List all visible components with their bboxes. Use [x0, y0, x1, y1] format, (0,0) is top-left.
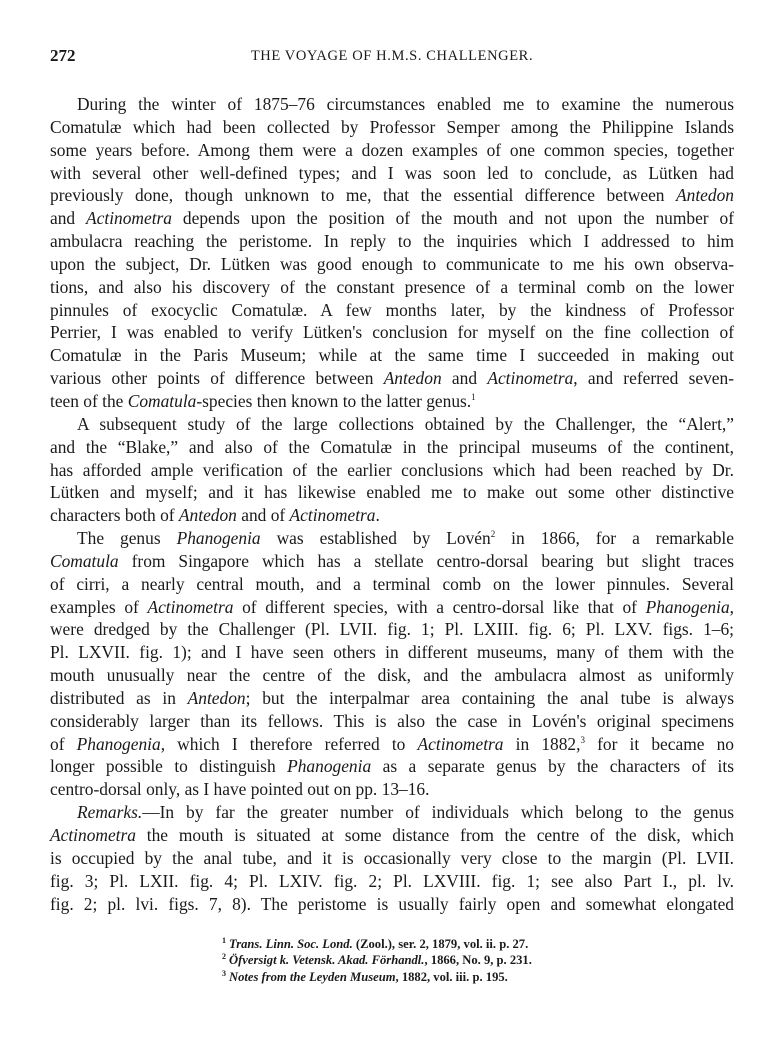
footnote-2: 2Öfversigt k. Vetensk. Akad. Förhandl., …: [0, 952, 776, 968]
text-line: considerably larger than its fellows. Th…: [50, 710, 734, 733]
text-run: longer possible to distinguish: [50, 756, 287, 776]
footnote-ref: 1: [471, 392, 476, 402]
footnotes: 1Trans. Linn. Soc. Lond. (Zool.), ser. 2…: [0, 936, 776, 985]
text-line: Comatulæ in the Paris Museum; while at t…: [50, 344, 734, 367]
text-run: upon the subject, Dr. Lütken was good en…: [50, 254, 734, 274]
text-run: , which I therefore referred to: [161, 734, 418, 754]
text-run: has afforded ample verification of the e…: [50, 460, 734, 480]
text-line: upon the subject, Dr. Lütken was good en…: [50, 253, 734, 276]
text-run: is occupied by the anal tube, and it is …: [50, 848, 734, 868]
text-run: , and referred seven-: [573, 368, 734, 388]
italic-text: Antedon: [384, 368, 442, 388]
text-run: as a separate genus by the characters of…: [371, 756, 734, 776]
text-run: depends upon the position of the mouth a…: [172, 208, 734, 228]
text-run: examples of: [50, 597, 147, 617]
text-line: ambulacra reaching the peristome. In rep…: [50, 230, 734, 253]
italic-text: Antedon: [188, 688, 246, 708]
text-line: previously done, though unknown to me, t…: [50, 184, 734, 207]
text-line: Pl. LXVII. fig. 1); and I have seen othe…: [50, 641, 734, 664]
italic-text: Actinometra: [86, 208, 172, 228]
text-line: Remarks.—In by far the greater number of…: [50, 801, 734, 824]
text-run: The genus: [77, 528, 177, 548]
text-run: .: [376, 505, 380, 525]
text-run: previously done, though unknown to me, t…: [50, 185, 676, 205]
text-run: Comatulæ which had been collected by Pro…: [50, 117, 734, 137]
italic-text: Comatula: [50, 551, 119, 571]
text-run: -species then known to the latter genus.: [196, 391, 471, 411]
text-run: from Singapore which has a stellate cent…: [119, 551, 734, 571]
text-run: fig. 2; pl. lvi. figs. 7, 8). The perist…: [50, 894, 734, 914]
text-line: A subsequent study of the large collecti…: [50, 413, 734, 436]
text-run: Lütken and myself; and it has likewise e…: [50, 482, 734, 502]
text-run: with several other well-defined types; a…: [50, 163, 734, 183]
text-run: and: [442, 368, 488, 388]
text-run: were dredged by the Challenger (Pl. LVII…: [50, 619, 734, 639]
text-line: fig. 2; pl. lvi. figs. 7, 8). The perist…: [50, 893, 734, 916]
text-line: and Actinometra depends upon the positio…: [50, 207, 734, 230]
text-run: and the “Blake,” and also of the Comatul…: [50, 437, 734, 457]
text-line: has afforded ample verification of the e…: [50, 459, 734, 482]
footnote-3: 3Notes from the Leyden Museum, 1882, vol…: [0, 969, 776, 985]
text-run: was established by Lovén: [261, 528, 491, 548]
text-run: various other points of difference betwe…: [50, 368, 384, 388]
text-line: of cirri, a nearly central mouth, and a …: [50, 573, 734, 596]
text-run: , 1866, No. 9, p. 231.: [424, 953, 531, 967]
italic-text: Notes from the Leyden Museum: [229, 970, 396, 984]
text-line: distributed as in Antedon; but the inter…: [50, 687, 734, 710]
text-run: (Zool.), ser. 2, 1879, vol. ii. p. 27.: [353, 937, 529, 951]
text-line: Actinometra the mouth is situated at som…: [50, 824, 734, 847]
text-run: of cirri, a nearly central mouth, and a …: [50, 574, 734, 594]
footnote-1: 1Trans. Linn. Soc. Lond. (Zool.), ser. 2…: [0, 936, 776, 952]
text-run: ; but the interpalmar area containing th…: [246, 688, 734, 708]
paragraph-p1: During the winter of 1875–76 circumstanc…: [50, 93, 734, 413]
italic-text: Phanogenia: [177, 528, 261, 548]
footnote-number: 1: [222, 936, 226, 945]
text-line: Comatulæ which had been collected by Pro…: [50, 116, 734, 139]
text-run: of different species, with a centro-dors…: [233, 597, 645, 617]
text-run: and of: [237, 505, 290, 525]
text-line: centro-dorsal only, as I have pointed ou…: [50, 778, 734, 801]
text-line: characters both of Antedon and of Actino…: [50, 504, 734, 527]
text-run: distributed as in: [50, 688, 188, 708]
text-line: and the “Blake,” and also of the Comatul…: [50, 436, 734, 459]
paragraph-p2: A subsequent study of the large collecti…: [50, 413, 734, 527]
text-run: some years before. Among them were a doz…: [50, 140, 734, 160]
text-run: Pl. LXVII. fig. 1); and I have seen othe…: [50, 642, 734, 662]
text-line: Perrier, I was enabled to verify Lütken'…: [50, 321, 734, 344]
text-run: —In by far the greater number of individ…: [142, 802, 734, 822]
text-run: ,: [730, 597, 734, 617]
text-line: teen of the Comatula-species then known …: [50, 390, 734, 413]
text-line: some years before. Among them were a doz…: [50, 139, 734, 162]
text-line: various other points of difference betwe…: [50, 367, 734, 390]
text-run: , 1882, vol. iii. p. 195.: [396, 970, 508, 984]
text-line: tions, and also his discovery of the con…: [50, 276, 734, 299]
footnote-number: 3: [222, 969, 226, 978]
text-run: characters both of: [50, 505, 179, 525]
text-run: During the winter of 1875–76 circumstanc…: [77, 94, 734, 114]
text-line: examples of Actinometra of different spe…: [50, 596, 734, 619]
text-line: longer possible to distinguish Phanogeni…: [50, 755, 734, 778]
text-run: of: [50, 734, 77, 754]
italic-text: Phanogenia: [77, 734, 161, 754]
text-run: considerably larger than its fellows. Th…: [50, 711, 734, 731]
text-run: centro-dorsal only, as I have pointed ou…: [50, 779, 429, 799]
italic-text: Actinometra: [147, 597, 233, 617]
body-text: During the winter of 1875–76 circumstanc…: [50, 93, 734, 915]
text-run: in 1866, for a remarkable: [495, 528, 734, 548]
italic-text: Phanogenia: [287, 756, 371, 776]
text-line: with several other well-defined types; a…: [50, 162, 734, 185]
italic-text: Phanogenia: [646, 597, 730, 617]
text-line: is occupied by the anal tube, and it is …: [50, 847, 734, 870]
text-run: for it became no: [585, 734, 734, 754]
italic-text: Actinometra: [50, 825, 136, 845]
running-title: THE VOYAGE OF H.M.S. CHALLENGER.: [50, 48, 734, 65]
italic-text: Actinometra: [290, 505, 376, 525]
text-run: Perrier, I was enabled to verify Lütken'…: [50, 322, 734, 342]
italic-text: Öfversigt k. Vetensk. Akad. Förhandl.: [229, 953, 424, 967]
text-line: During the winter of 1875–76 circumstanc…: [50, 93, 734, 116]
running-head: 272 THE VOYAGE OF H.M.S. CHALLENGER.: [50, 46, 734, 70]
text-line: Lütken and myself; and it has likewise e…: [50, 481, 734, 504]
text-run: fig. 3; Pl. LXII. fig. 4; Pl. LXIV. fig.…: [50, 871, 734, 891]
paragraph-p3: The genus Phanogenia was established by …: [50, 527, 734, 801]
text-run: in 1882,: [504, 734, 581, 754]
text-run: A subsequent study of the large collecti…: [77, 414, 734, 434]
text-run: mouth unusually near the centre of the d…: [50, 665, 734, 685]
text-run: pinnules of exocyclic Comatulæ. A few mo…: [50, 300, 734, 320]
italic-text: Trans. Linn. Soc. Lond.: [229, 937, 353, 951]
paragraph-p4: Remarks.—In by far the greater number of…: [50, 801, 734, 915]
footnote-number: 2: [222, 952, 226, 961]
text-line: of Phanogenia, which I therefore referre…: [50, 733, 734, 756]
text-run: and: [50, 208, 86, 228]
text-line: Comatula from Singapore which has a stel…: [50, 550, 734, 573]
italic-text: Antedon: [179, 505, 237, 525]
text-line: The genus Phanogenia was established by …: [50, 527, 734, 550]
text-line: pinnules of exocyclic Comatulæ. A few mo…: [50, 299, 734, 322]
italic-text: Comatula: [128, 391, 197, 411]
text-line: were dredged by the Challenger (Pl. LVII…: [50, 618, 734, 641]
italic-text: Actinometra: [418, 734, 504, 754]
italic-text: Actinometra: [487, 368, 573, 388]
text-run: tions, and also his discovery of the con…: [50, 277, 734, 297]
text-run: Comatulæ in the Paris Museum; while at t…: [50, 345, 734, 365]
text-run: teen of the: [50, 391, 128, 411]
text-run: ambulacra reaching the peristome. In rep…: [50, 231, 734, 251]
text-line: fig. 3; Pl. LXII. fig. 4; Pl. LXIV. fig.…: [50, 870, 734, 893]
italic-text: Remarks.: [77, 802, 142, 822]
text-run: the mouth is situated at some distance f…: [136, 825, 734, 845]
text-line: mouth unusually near the centre of the d…: [50, 664, 734, 687]
italic-text: Antedon: [676, 185, 734, 205]
